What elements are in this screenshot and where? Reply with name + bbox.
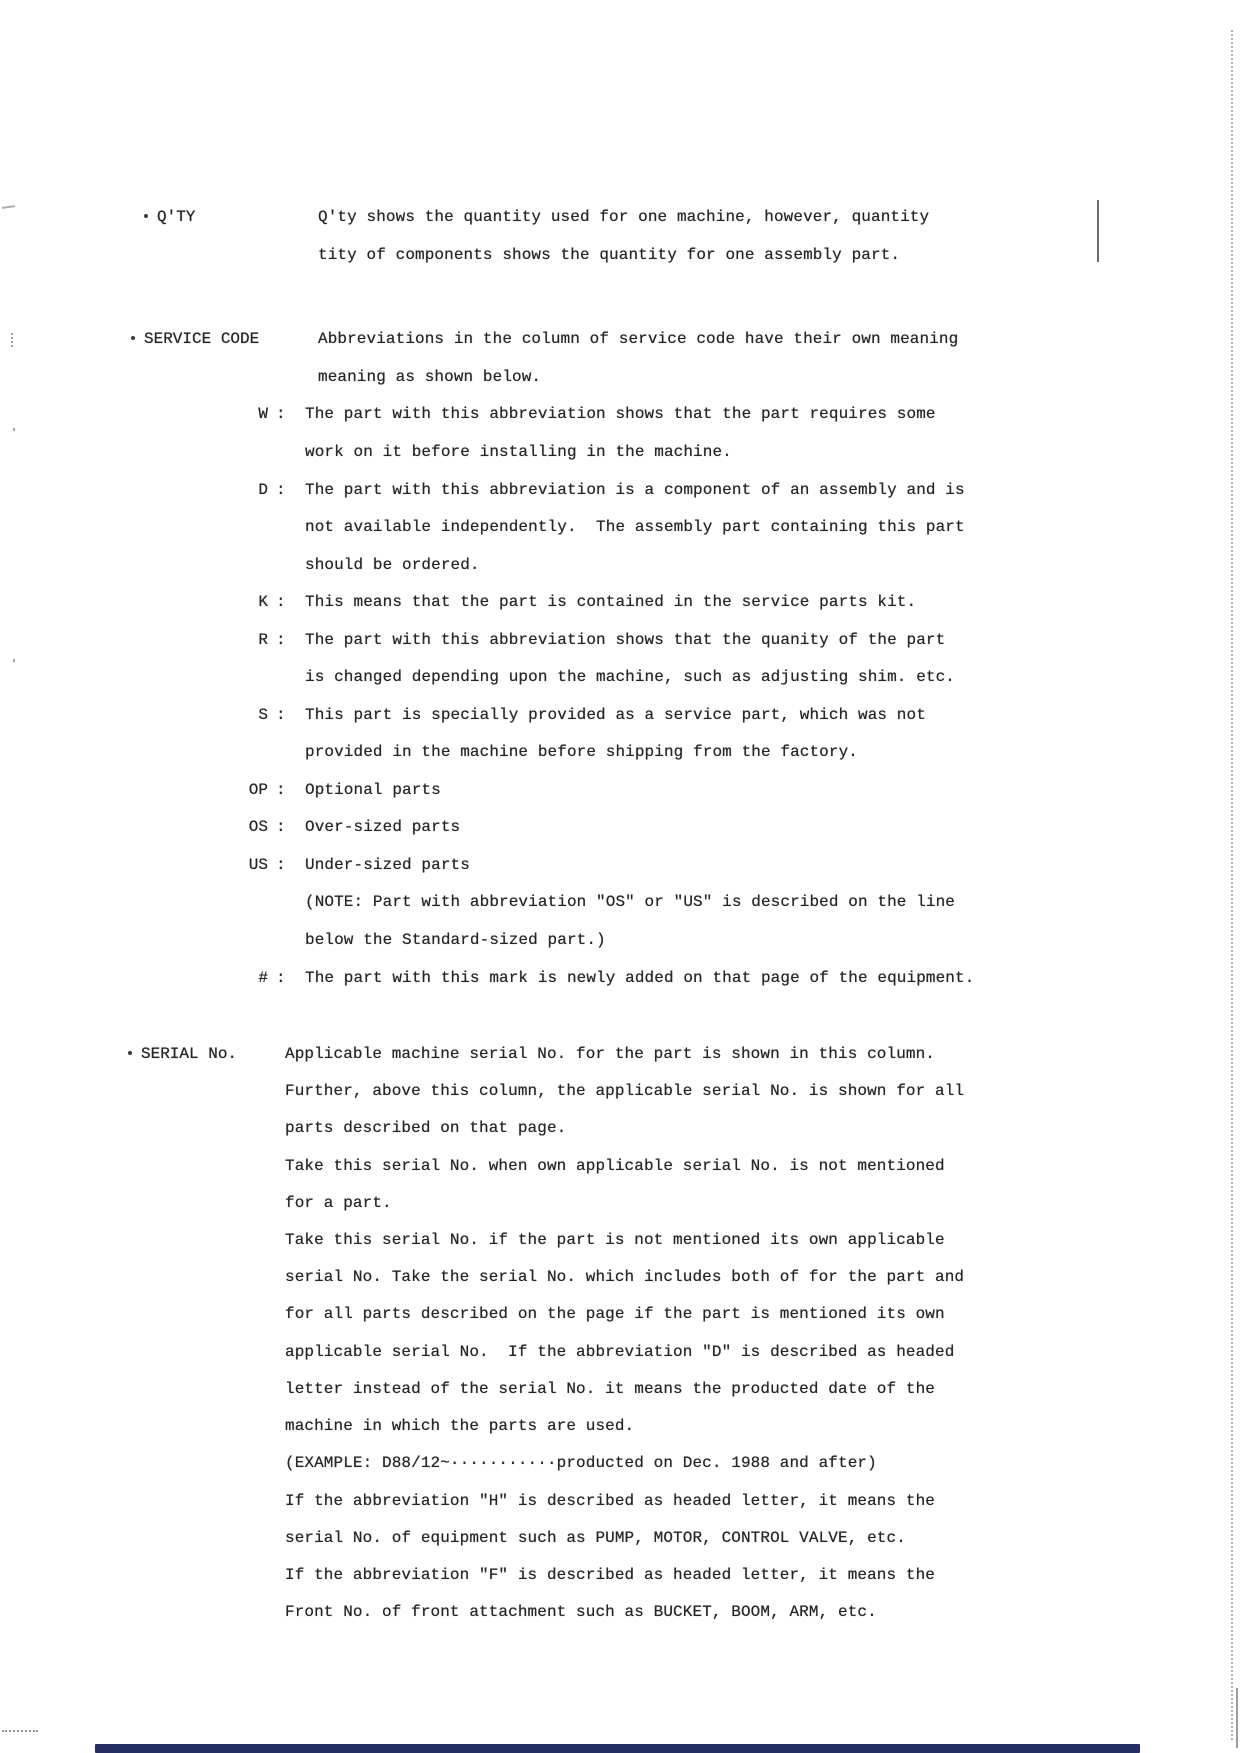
colon-separator: :: [276, 703, 286, 727]
service-code-desc-line: should be ordered.: [305, 553, 480, 577]
service-code-desc-line: Under-sized parts: [305, 853, 470, 877]
scan-artifact-left-dot: [13, 428, 15, 431]
serial-line: applicable serial No. If the abbreviatio…: [285, 1340, 954, 1364]
scan-artifact-left-dot: [13, 659, 15, 662]
colon-separator: :: [276, 628, 286, 652]
colon-separator: :: [276, 402, 286, 426]
service-code-desc-line: The part with this abbreviation shows th…: [305, 402, 936, 426]
scan-artifact-left-colon: [11, 333, 13, 347]
service-code-letter: OS: [228, 815, 268, 839]
service-code-desc-line: is changed depending upon the machine, s…: [305, 665, 955, 689]
service-code-letter: US: [228, 853, 268, 877]
serial-line: Take this serial No. if the part is not …: [285, 1228, 945, 1252]
bullet-icon: [144, 214, 148, 218]
serial-line: Applicable machine serial No. for the pa…: [285, 1042, 935, 1066]
service-code-letter: R: [228, 628, 268, 652]
service-code-desc-line: This means that the part is contained in…: [305, 590, 916, 614]
serial-line: machine in which the parts are used.: [285, 1414, 634, 1438]
bullet-icon: [131, 336, 135, 340]
scan-artifact-right-margin-dots: [1231, 30, 1233, 1740]
service-code-desc-line: This part is specially provided as a ser…: [305, 703, 926, 727]
scan-artifact-left-dash: [2, 205, 15, 209]
bullet-icon: [128, 1051, 132, 1055]
service-code-desc-line: not available independently. The assembl…: [305, 515, 965, 539]
serial-line: If the abbreviation "H" is described as …: [285, 1489, 935, 1513]
service-code-note-line: below the Standard-sized part.): [305, 928, 606, 952]
serial-line: serial No. Take the serial No. which inc…: [285, 1265, 964, 1289]
serial-line: If the abbreviation "F" is described as …: [285, 1563, 935, 1587]
service-code-desc-line: provided in the machine before shipping …: [305, 740, 858, 764]
scanned-document-page: Q'TY Q'ty shows the quantity used for on…: [0, 0, 1240, 1753]
colon-separator: :: [276, 778, 286, 802]
qty-line: Q'ty shows the quantity used for one mac…: [318, 205, 929, 229]
service-code-note-line: (NOTE: Part with abbreviation "OS" or "U…: [305, 890, 955, 914]
section-label-serial-no: SERIAL No.: [141, 1042, 237, 1066]
scan-artifact-bottom-left-dots: [2, 1730, 38, 1732]
scan-artifact-right-edge-line: [1236, 1688, 1238, 1748]
serial-line: serial No. of equipment such as PUMP, MO…: [285, 1526, 906, 1550]
page-bottom-edge-bar: [95, 1744, 1140, 1753]
scan-artifact-vertical-tick: [1097, 200, 1099, 262]
colon-separator: :: [276, 590, 286, 614]
colon-separator: :: [276, 478, 286, 502]
serial-line: parts described on that page.: [285, 1116, 566, 1140]
service-code-desc-line: The part with this mark is newly added o…: [305, 966, 974, 990]
service-code-letter: OP: [228, 778, 268, 802]
section-label-service-code: SERVICE CODE: [144, 327, 259, 351]
section-label-qty: Q'TY: [157, 205, 195, 229]
service-code-desc-line: Optional parts: [305, 778, 441, 802]
serial-line: letter instead of the serial No. it mean…: [285, 1377, 935, 1401]
serial-line: Front No. of front attachment such as BU…: [285, 1600, 877, 1624]
serial-line: (EXAMPLE: D88/12~···········producted on…: [285, 1451, 877, 1475]
service-code-letter: D: [228, 478, 268, 502]
serial-line: Further, above this column, the applicab…: [285, 1079, 964, 1103]
service-code-letter: K: [228, 590, 268, 614]
service-code-desc-line: work on it before installing in the mach…: [305, 440, 732, 464]
service-code-desc-line: Over-sized parts: [305, 815, 460, 839]
colon-separator: :: [276, 815, 286, 839]
service-code-desc-line: The part with this abbreviation is a com…: [305, 478, 965, 502]
service-code-desc-line: The part with this abbreviation shows th…: [305, 628, 945, 652]
serial-line: for all parts described on the page if t…: [285, 1302, 945, 1326]
service-code-letter: #: [228, 966, 268, 990]
service-code-letter: W: [228, 402, 268, 426]
service-code-letter: S: [228, 703, 268, 727]
serial-line: Take this serial No. when own applicable…: [285, 1154, 945, 1178]
service-code-intro-line: meaning as shown below.: [318, 365, 541, 389]
colon-separator: :: [276, 853, 286, 877]
serial-line: for a part.: [285, 1191, 392, 1215]
service-code-intro-line: Abbreviations in the column of service c…: [318, 327, 958, 351]
colon-separator: :: [276, 966, 286, 990]
qty-line: tity of components shows the quantity fo…: [318, 243, 900, 267]
